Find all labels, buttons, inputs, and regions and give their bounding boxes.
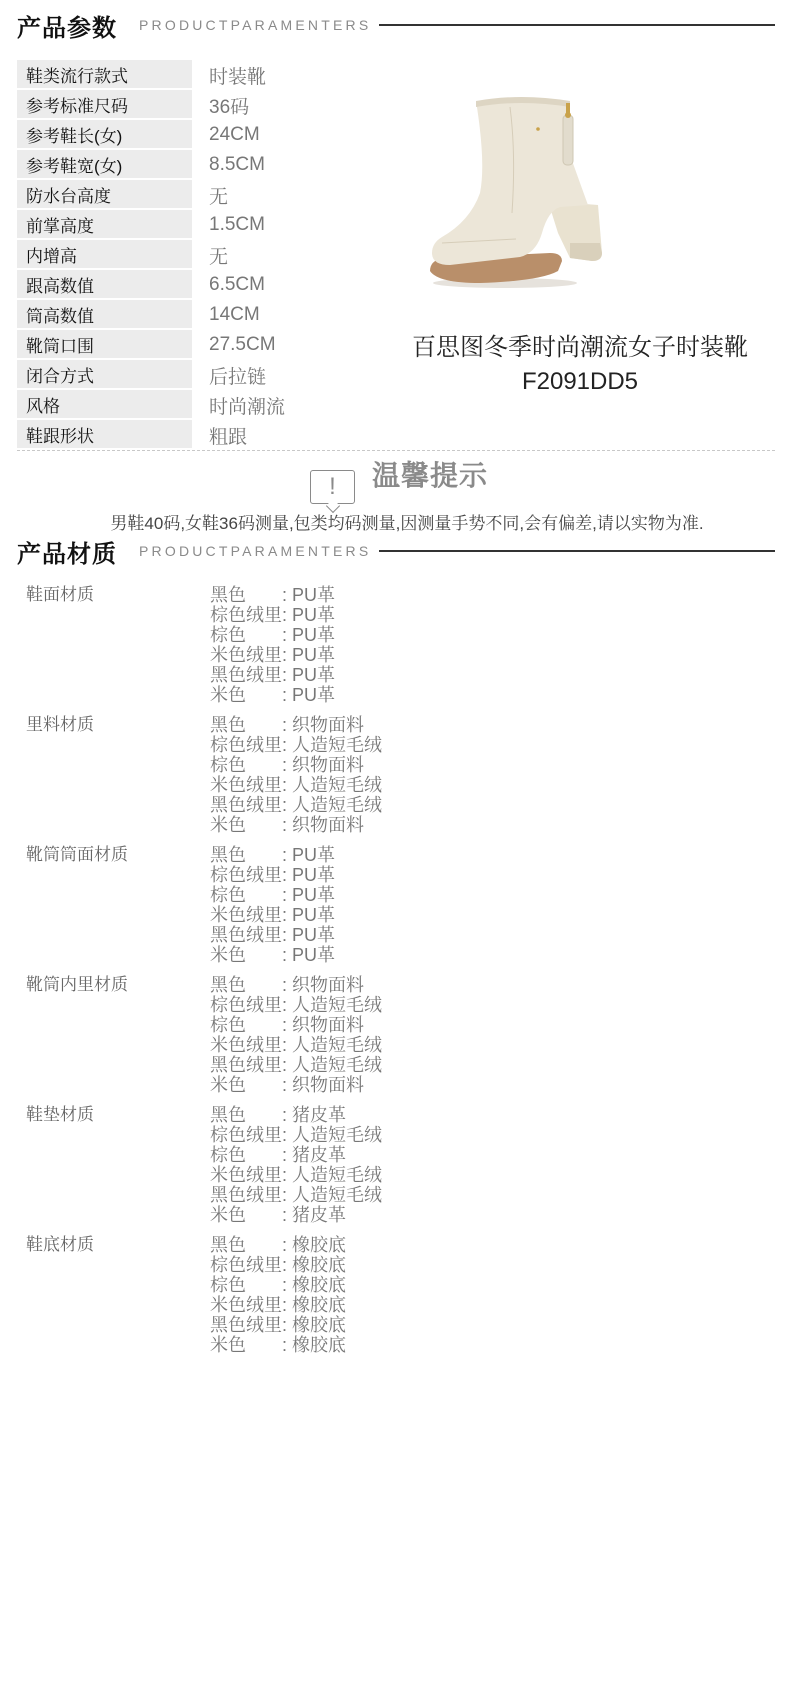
material-value: PU革 bbox=[292, 905, 335, 925]
material-separator: : bbox=[282, 905, 292, 925]
param-value: 14CM bbox=[192, 300, 260, 330]
material-line: 棕色绒里:人造短毛绒 bbox=[210, 735, 382, 755]
param-row: 风格时尚潮流 bbox=[17, 390, 377, 420]
material-value: PU革 bbox=[292, 665, 335, 685]
material-lines: 黑色:织物面料棕色绒里:人造短毛绒棕色:织物面料米色绒里:人造短毛绒黑色绒里:人… bbox=[210, 975, 382, 1095]
param-row: 闭合方式后拉链 bbox=[17, 360, 377, 390]
material-color: 黑色绒里 bbox=[210, 925, 282, 945]
material-line: 棕色绒里:PU革 bbox=[210, 605, 335, 625]
material-line: 米色绒里:人造短毛绒 bbox=[210, 1035, 382, 1055]
material-line: 黑色绒里:人造短毛绒 bbox=[210, 1185, 382, 1205]
material-value: PU革 bbox=[292, 945, 335, 965]
material-color: 米色 bbox=[210, 1075, 282, 1095]
material-line: 棕色:织物面料 bbox=[210, 755, 382, 775]
material-separator: : bbox=[282, 645, 292, 665]
material-separator: : bbox=[282, 665, 292, 685]
material-color: 黑色绒里 bbox=[210, 1315, 282, 1335]
material-value: 人造短毛绒 bbox=[292, 1035, 382, 1055]
material-line: 米色绒里:PU革 bbox=[210, 905, 335, 925]
material-value: PU革 bbox=[292, 585, 335, 605]
param-value: 后拉链 bbox=[192, 360, 266, 390]
material-value: PU革 bbox=[292, 925, 335, 945]
param-label: 防水台高度 bbox=[17, 180, 192, 210]
material-value: PU革 bbox=[292, 625, 335, 645]
material-color: 黑色绒里 bbox=[210, 665, 282, 685]
material-color: 米色绒里 bbox=[210, 1295, 282, 1315]
material-color: 黑色绒里 bbox=[210, 1055, 282, 1075]
material-color: 棕色 bbox=[210, 885, 282, 905]
material-value: 织物面料 bbox=[292, 755, 364, 775]
material-separator: : bbox=[282, 885, 292, 905]
materials-section-subtitle: PRODUCTPARAMENTERS bbox=[139, 543, 371, 559]
section-rule bbox=[379, 550, 775, 552]
param-row: 鞋类流行款式时装靴 bbox=[17, 60, 377, 90]
material-line: 米色绒里:橡胶底 bbox=[210, 1295, 346, 1315]
material-color: 棕色绒里 bbox=[210, 995, 282, 1015]
material-separator: : bbox=[282, 685, 292, 705]
material-line: 米色:猪皮革 bbox=[210, 1205, 382, 1225]
material-color: 棕色 bbox=[210, 1015, 282, 1035]
param-value: 无 bbox=[192, 240, 228, 270]
material-lines: 黑色:PU革棕色绒里:PU革棕色:PU革米色绒里:PU革黑色绒里:PU革米色:P… bbox=[210, 845, 335, 965]
params-section-subtitle: PRODUCTPARAMENTERS bbox=[139, 17, 371, 33]
material-value: 人造短毛绒 bbox=[292, 1165, 382, 1185]
material-label: 靴筒筒面材质 bbox=[26, 845, 210, 965]
params-table: 鞋类流行款式时装靴 参考标准尺码36码 参考鞋长(女)24CM 参考鞋宽(女)8… bbox=[17, 60, 377, 450]
exclamation-speech-bubble-icon: ! bbox=[310, 470, 355, 504]
param-row: 参考鞋长(女)24CM bbox=[17, 120, 377, 150]
material-line: 黑色:织物面料 bbox=[210, 975, 382, 995]
material-value: 织物面料 bbox=[292, 815, 364, 835]
material-line: 米色绒里:人造短毛绒 bbox=[210, 775, 382, 795]
param-label: 鞋类流行款式 bbox=[17, 60, 192, 90]
material-color: 棕色 bbox=[210, 1145, 282, 1165]
material-label: 鞋垫材质 bbox=[26, 1105, 210, 1225]
material-color: 米色绒里 bbox=[210, 645, 282, 665]
material-separator: : bbox=[282, 1145, 292, 1165]
param-value: 时尚潮流 bbox=[192, 390, 285, 420]
material-value: PU革 bbox=[292, 685, 335, 705]
material-label: 靴筒内里材质 bbox=[26, 975, 210, 1095]
material-line: 米色:织物面料 bbox=[210, 815, 382, 835]
param-row: 跟高数值6.5CM bbox=[17, 270, 377, 300]
material-value: 织物面料 bbox=[292, 975, 364, 995]
material-separator: : bbox=[282, 1035, 292, 1055]
material-value: 人造短毛绒 bbox=[292, 795, 382, 815]
material-separator: : bbox=[282, 715, 292, 735]
param-value: 1.5CM bbox=[192, 210, 265, 240]
material-value: 织物面料 bbox=[292, 715, 364, 735]
exclamation-icon: ! bbox=[311, 473, 354, 501]
param-value: 无 bbox=[192, 180, 228, 210]
param-label: 筒高数值 bbox=[17, 300, 192, 330]
material-value: 人造短毛绒 bbox=[292, 775, 382, 795]
material-line: 米色绒里:PU革 bbox=[210, 645, 335, 665]
material-color: 米色绒里 bbox=[210, 775, 282, 795]
material-separator: : bbox=[282, 1335, 292, 1355]
material-color: 米色 bbox=[210, 1205, 282, 1225]
material-line: 黑色绒里:人造短毛绒 bbox=[210, 1055, 382, 1075]
material-value: 猪皮革 bbox=[292, 1145, 346, 1165]
material-separator: : bbox=[282, 625, 292, 645]
material-value: 织物面料 bbox=[292, 1015, 364, 1035]
product-model: F2091DD5 bbox=[380, 368, 780, 396]
material-color: 米色 bbox=[210, 945, 282, 965]
material-line: 米色:PU革 bbox=[210, 685, 335, 705]
material-value: PU革 bbox=[292, 645, 335, 665]
material-separator: : bbox=[282, 975, 292, 995]
material-separator: : bbox=[282, 1205, 292, 1225]
param-label: 闭合方式 bbox=[17, 360, 192, 390]
material-separator: : bbox=[282, 815, 292, 835]
param-value: 24CM bbox=[192, 120, 260, 150]
material-line: 米色:织物面料 bbox=[210, 1075, 382, 1095]
material-color: 黑色 bbox=[210, 715, 282, 735]
material-value: PU革 bbox=[292, 865, 335, 885]
material-group: 鞋面材质黑色:PU革棕色绒里:PU革棕色:PU革米色绒里:PU革黑色绒里:PU革… bbox=[26, 585, 526, 705]
materials-section-title: 产品材质 bbox=[17, 534, 117, 569]
section-rule bbox=[379, 24, 775, 26]
material-separator: : bbox=[282, 585, 292, 605]
param-row: 防水台高度无 bbox=[17, 180, 377, 210]
material-line: 棕色绒里:橡胶底 bbox=[210, 1255, 346, 1275]
material-value: 橡胶底 bbox=[292, 1335, 346, 1355]
material-value: 橡胶底 bbox=[292, 1295, 346, 1315]
material-line: 黑色:PU革 bbox=[210, 585, 335, 605]
material-value: PU革 bbox=[292, 885, 335, 905]
param-value: 6.5CM bbox=[192, 270, 265, 300]
param-label: 内增高 bbox=[17, 240, 192, 270]
product-image bbox=[420, 93, 620, 293]
material-separator: : bbox=[282, 865, 292, 885]
materials-section-header: 产品材质 PRODUCTPARAMENTERS bbox=[17, 533, 775, 569]
material-separator: : bbox=[282, 605, 292, 625]
material-color: 棕色绒里 bbox=[210, 865, 282, 885]
material-value: 人造短毛绒 bbox=[292, 995, 382, 1015]
material-color: 黑色 bbox=[210, 975, 282, 995]
material-separator: : bbox=[282, 735, 292, 755]
param-row: 参考鞋宽(女)8.5CM bbox=[17, 150, 377, 180]
material-color: 米色 bbox=[210, 815, 282, 835]
material-color: 棕色 bbox=[210, 625, 282, 645]
material-color: 黑色 bbox=[210, 845, 282, 865]
material-color: 黑色 bbox=[210, 1105, 282, 1125]
material-color: 米色绒里 bbox=[210, 905, 282, 925]
material-separator: : bbox=[282, 995, 292, 1015]
param-label: 鞋跟形状 bbox=[17, 420, 192, 450]
material-line: 黑色:橡胶底 bbox=[210, 1235, 346, 1255]
material-separator: : bbox=[282, 945, 292, 965]
material-color: 棕色 bbox=[210, 755, 282, 775]
material-color: 棕色绒里 bbox=[210, 1125, 282, 1145]
material-separator: : bbox=[282, 1165, 292, 1185]
material-line: 米色绒里:人造短毛绒 bbox=[210, 1165, 382, 1185]
material-value: 橡胶底 bbox=[292, 1275, 346, 1295]
material-label: 鞋面材质 bbox=[26, 585, 210, 705]
params-section-title: 产品参数 bbox=[17, 8, 117, 43]
material-separator: : bbox=[282, 1315, 292, 1335]
material-separator: : bbox=[282, 1055, 292, 1075]
material-color: 米色绒里 bbox=[210, 1165, 282, 1185]
material-separator: : bbox=[282, 1015, 292, 1035]
material-value: 人造短毛绒 bbox=[292, 1185, 382, 1205]
param-row: 内增高无 bbox=[17, 240, 377, 270]
material-line: 棕色绒里:PU革 bbox=[210, 865, 335, 885]
material-separator: : bbox=[282, 1275, 292, 1295]
dashed-divider bbox=[17, 450, 775, 451]
material-group: 靴筒筒面材质黑色:PU革棕色绒里:PU革棕色:PU革米色绒里:PU革黑色绒里:P… bbox=[26, 845, 526, 965]
param-row: 前掌高度1.5CM bbox=[17, 210, 377, 240]
material-line: 黑色绒里:PU革 bbox=[210, 665, 335, 685]
material-lines: 黑色:PU革棕色绒里:PU革棕色:PU革米色绒里:PU革黑色绒里:PU革米色:P… bbox=[210, 585, 335, 705]
material-color: 棕色 bbox=[210, 1275, 282, 1295]
material-line: 棕色:橡胶底 bbox=[210, 1275, 346, 1295]
material-lines: 黑色:橡胶底棕色绒里:橡胶底棕色:橡胶底米色绒里:橡胶底黑色绒里:橡胶底米色:橡… bbox=[210, 1235, 346, 1355]
param-value: 粗跟 bbox=[192, 420, 247, 450]
material-label: 鞋底材质 bbox=[26, 1235, 210, 1355]
material-lines: 黑色:织物面料棕色绒里:人造短毛绒棕色:织物面料米色绒里:人造短毛绒黑色绒里:人… bbox=[210, 715, 382, 835]
param-row: 参考标准尺码36码 bbox=[17, 90, 377, 120]
param-value: 27.5CM bbox=[192, 330, 276, 360]
material-separator: : bbox=[282, 1255, 292, 1275]
material-color: 棕色绒里 bbox=[210, 735, 282, 755]
param-label: 参考鞋长(女) bbox=[17, 120, 192, 150]
material-color: 米色 bbox=[210, 1335, 282, 1355]
material-color: 米色绒里 bbox=[210, 1035, 282, 1055]
material-line: 棕色:PU革 bbox=[210, 885, 335, 905]
material-line: 棕色:PU革 bbox=[210, 625, 335, 645]
tip-text: 男鞋40码,女鞋36码测量,包类均码测量,因测量手势不同,会有偏差,请以实物为准… bbox=[0, 509, 790, 534]
material-color: 棕色绒里 bbox=[210, 605, 282, 625]
param-row: 鞋跟形状粗跟 bbox=[17, 420, 377, 450]
params-section-header: 产品参数 PRODUCTPARAMENTERS bbox=[17, 7, 775, 43]
material-color: 米色 bbox=[210, 685, 282, 705]
material-separator: : bbox=[282, 1105, 292, 1125]
material-separator: : bbox=[282, 1185, 292, 1205]
param-row: 靴筒口围27.5CM bbox=[17, 330, 377, 360]
material-color: 黑色 bbox=[210, 585, 282, 605]
material-value: 猪皮革 bbox=[292, 1205, 346, 1225]
param-label: 前掌高度 bbox=[17, 210, 192, 240]
material-value: 橡胶底 bbox=[292, 1235, 346, 1255]
material-line: 米色:PU革 bbox=[210, 945, 335, 965]
material-value: 人造短毛绒 bbox=[292, 735, 382, 755]
material-label: 里料材质 bbox=[26, 715, 210, 835]
material-separator: : bbox=[282, 1075, 292, 1095]
material-separator: : bbox=[282, 845, 292, 865]
param-label: 参考鞋宽(女) bbox=[17, 150, 192, 180]
param-label: 风格 bbox=[17, 390, 192, 420]
material-separator: : bbox=[282, 1125, 292, 1145]
material-separator: : bbox=[282, 1235, 292, 1255]
param-label: 参考标准尺码 bbox=[17, 90, 192, 120]
material-group: 靴筒内里材质黑色:织物面料棕色绒里:人造短毛绒棕色:织物面料米色绒里:人造短毛绒… bbox=[26, 975, 526, 1095]
material-color: 黑色绒里 bbox=[210, 1185, 282, 1205]
material-line: 黑色:织物面料 bbox=[210, 715, 382, 735]
param-value: 36码 bbox=[192, 90, 249, 120]
param-row: 筒高数值14CM bbox=[17, 300, 377, 330]
material-line: 黑色绒里:人造短毛绒 bbox=[210, 795, 382, 815]
material-value: 人造短毛绒 bbox=[292, 1125, 382, 1145]
materials-list: 鞋面材质黑色:PU革棕色绒里:PU革棕色:PU革米色绒里:PU革黑色绒里:PU革… bbox=[26, 585, 526, 1365]
material-lines: 黑色:猪皮革棕色绒里:人造短毛绒棕色:猪皮革米色绒里:人造短毛绒黑色绒里:人造短… bbox=[210, 1105, 382, 1225]
material-color: 黑色绒里 bbox=[210, 795, 282, 815]
material-line: 黑色:猪皮革 bbox=[210, 1105, 382, 1125]
material-value: PU革 bbox=[292, 605, 335, 625]
param-label: 跟高数值 bbox=[17, 270, 192, 300]
material-line: 棕色:猪皮革 bbox=[210, 1145, 382, 1165]
material-group: 里料材质黑色:织物面料棕色绒里:人造短毛绒棕色:织物面料米色绒里:人造短毛绒黑色… bbox=[26, 715, 526, 835]
product-name: 百思图冬季时尚潮流女子时装靴 bbox=[380, 327, 780, 362]
material-separator: : bbox=[282, 795, 292, 815]
material-line: 米色:橡胶底 bbox=[210, 1335, 346, 1355]
param-label: 靴筒口围 bbox=[17, 330, 192, 360]
material-line: 棕色:织物面料 bbox=[210, 1015, 382, 1035]
material-line: 黑色绒里:橡胶底 bbox=[210, 1315, 346, 1335]
tip-title: 温馨提示 bbox=[372, 454, 488, 494]
material-separator: : bbox=[282, 755, 292, 775]
material-value: 人造短毛绒 bbox=[292, 1055, 382, 1075]
param-value: 时装靴 bbox=[192, 60, 266, 90]
material-value: PU革 bbox=[292, 845, 335, 865]
material-color: 黑色 bbox=[210, 1235, 282, 1255]
material-group: 鞋底材质黑色:橡胶底棕色绒里:橡胶底棕色:橡胶底米色绒里:橡胶底黑色绒里:橡胶底… bbox=[26, 1235, 526, 1355]
material-value: 织物面料 bbox=[292, 1075, 364, 1095]
material-value: 橡胶底 bbox=[292, 1255, 346, 1275]
material-value: 猪皮革 bbox=[292, 1105, 346, 1125]
material-separator: : bbox=[282, 775, 292, 795]
material-value: 橡胶底 bbox=[292, 1315, 346, 1335]
material-separator: : bbox=[282, 1295, 292, 1315]
material-group: 鞋垫材质黑色:猪皮革棕色绒里:人造短毛绒棕色:猪皮革米色绒里:人造短毛绒黑色绒里… bbox=[26, 1105, 526, 1225]
ankle-boot-icon bbox=[420, 93, 620, 293]
param-value: 8.5CM bbox=[192, 150, 265, 180]
material-line: 棕色绒里:人造短毛绒 bbox=[210, 995, 382, 1015]
material-line: 黑色绒里:PU革 bbox=[210, 925, 335, 945]
material-separator: : bbox=[282, 925, 292, 945]
material-line: 黑色:PU革 bbox=[210, 845, 335, 865]
material-color: 棕色绒里 bbox=[210, 1255, 282, 1275]
material-line: 棕色绒里:人造短毛绒 bbox=[210, 1125, 382, 1145]
